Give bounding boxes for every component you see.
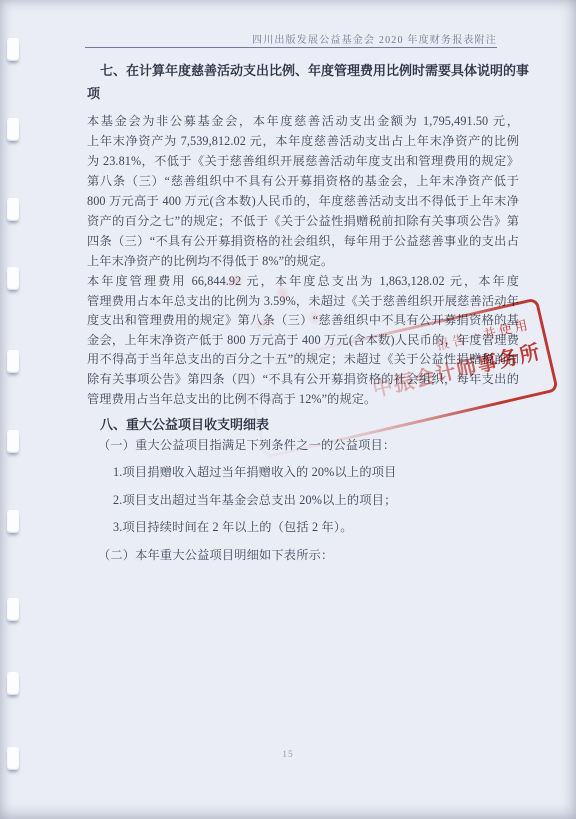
section-8-heading: 八、重大公益项目收支明细表 (100, 414, 269, 433)
section-7-heading-line-2: 项 (87, 83, 100, 102)
punch-hole (7, 510, 19, 533)
list-item: （二）本年重大公益项目明细如下表所示： (98, 546, 518, 573)
punch-hole (7, 672, 19, 695)
list-item: 2.项目支出超过当年基金会总支出 20%以上的项目； (113, 491, 518, 518)
list-item: 1.项目捐赠收入超过当年捐赠收入的 20%以上的项目 (113, 463, 518, 490)
text-line: 第八条（三）“慈善组织中不具有公开募捐资格的基金会，上年末净资产低于 (87, 172, 519, 192)
text-line: 800 万元高于 400 万元(含本数)人民币的，年度慈善活动支出不得低于上年末… (87, 192, 519, 212)
text-line: 资产的百分之七”的规定；不低于《关于公益性捐赠税前扣除有关事项公告》第 (87, 212, 519, 232)
punch-hole (7, 350, 19, 373)
text-line: 为 23.81%，不低于《关于慈善组织开展慈善活动年度支出和管理费用的规定》 (87, 152, 519, 172)
section-8-list: （一）重大公益项目指满足下列条件之一的公益项目：1.项目捐赠收入超过当年捐赠收入… (98, 436, 518, 573)
list-item: 3.项目持续时间在 2 年以上的（包括 2 年）。 (113, 518, 518, 545)
punch-hole (7, 747, 19, 770)
header-rule (85, 47, 497, 48)
punch-hole (7, 118, 19, 141)
text-line: 上年末净资产为 7,539,812.02 元，本年度慈善活动支出占上年末净资产的… (87, 132, 519, 152)
scanned-document-page: 四川出版发展公益基金会 2020 年度财务报表附注 七、在计算年度慈善活动支出比… (0, 0, 576, 819)
punch-hole (7, 198, 19, 221)
text-line: 本基金会为非公募基金会，本年度慈善活动支出金额为 1,795,491.50 元， (87, 112, 519, 132)
page-number: 15 (276, 750, 300, 760)
punch-hole (7, 598, 19, 621)
punch-hole (7, 38, 19, 61)
punch-hole (7, 430, 19, 453)
document-header-note: 四川出版发展公益基金会 2020 年度财务报表附注 (252, 31, 497, 46)
section-7-heading-line-1: 七、在计算年度慈善活动支出比例、年度管理费用比例时需要具体说明的事 (100, 60, 510, 79)
punch-hole (7, 267, 19, 290)
